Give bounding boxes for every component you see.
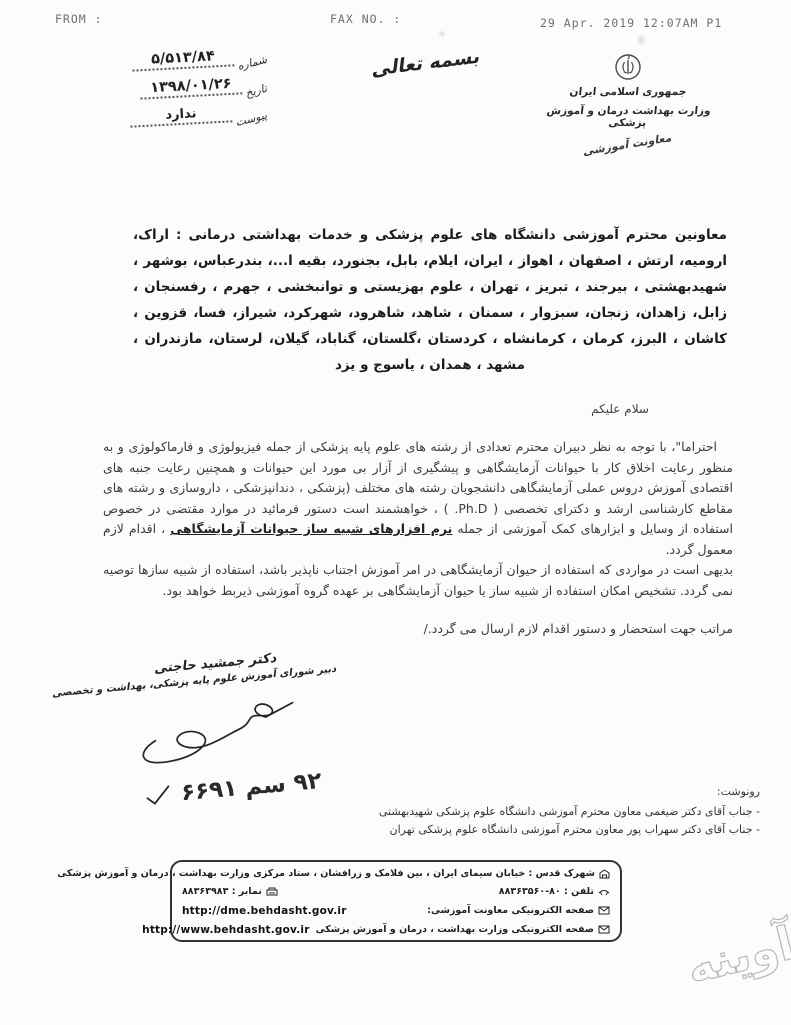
signature-scribble — [123, 679, 319, 773]
body-p1-underlined-phrase: نرم افزارهای شبیه ساز حیوانات آزمایشگاهی — [170, 521, 452, 536]
footer-ministry-page-row: صفحه الکترونیکی وزارت بهداشت ، درمان و آ… — [182, 924, 610, 936]
fax-number-label: FAX NO. : — [330, 12, 401, 26]
fax-document-page: FROM : FAX NO. : 29 Apr. 2019 12:07AM P1… — [0, 0, 791, 1025]
footer-ministry-page-label-cell: صفحه الکترونیکی وزارت بهداشت ، درمان و آ… — [316, 924, 610, 935]
closing-line: مراتب جهت استحضار و دستور اقدام لازم ارس… — [103, 621, 733, 636]
envelope-icon — [598, 906, 610, 915]
reference-number-row: شماره ۵/۵۱۳/۸۴ — [78, 50, 268, 69]
checkmark-icon — [144, 784, 172, 806]
reference-block: شماره ۵/۵۱۳/۸۴ تاریخ ۱۳۹۸/۰۱/۲۶ پیوست ند… — [78, 50, 268, 134]
iran-emblem-icon — [614, 52, 642, 82]
envelope-icon — [598, 925, 610, 934]
number-value: ۵/۵۱۳/۸۴ — [132, 47, 235, 71]
attachment-label: پیوست — [236, 102, 267, 129]
scan-smudge — [438, 30, 446, 38]
cc-item: - جناب آقای دکتر سهراب پور معاون محترم آ… — [300, 821, 760, 839]
watermark-logo: آوینه — [681, 916, 791, 995]
letter-body: احتراما"، با توجه به نظر دبیران محترم تع… — [103, 437, 733, 612]
reference-date-row: تاریخ ۱۳۹۸/۰۱/۲۶ — [78, 78, 268, 97]
country-title: جمهوری اسلامی ایران — [542, 86, 713, 98]
cc-item: - جناب آقای دکتر ضیغمی معاون محترم آموزش… — [300, 803, 760, 821]
phone-icon — [598, 887, 610, 897]
footer-contact-box: شهرک قدس : خیابان سیمای ایران ، بین فلام… — [170, 860, 622, 942]
body-paragraph-1: احتراما"، با توجه به نظر دبیران محترم تع… — [103, 437, 733, 560]
footer-fax-text: نمابر : ۸۸۳۶۳۹۸۳ — [182, 886, 262, 897]
letterhead: جمهوری اسلامی ایران وزارت بهداشت درمان و… — [543, 52, 713, 151]
attachment-value: ندارد — [130, 104, 233, 127]
date-label: تاریخ — [246, 75, 267, 100]
cc-block: رونوشت: - جناب آقای دکتر ضیغمی معاون محت… — [300, 783, 760, 839]
scan-smudge — [636, 34, 646, 46]
number-label: شماره — [238, 46, 267, 73]
ministry-title: وزارت بهداشت درمان و آموزش پزشکی — [542, 105, 715, 129]
fax-timestamp: 29 Apr. 2019 12:07AM P1 — [540, 16, 722, 30]
footer-address-text: شهرک قدس : خیابان سیمای ایران ، بین فلام… — [57, 868, 595, 879]
date-value: ۱۳۹۸/۰۱/۲۶ — [140, 75, 243, 99]
footer-phone-fax-row: تلفن : ۸۰-۸۸۳۶۳۵۶۰ نمابر : ۸۸۳۶۳۹۸۳ — [182, 886, 610, 897]
recipients-paragraph: معاونین محترم آموزشی دانشگاه های علوم پز… — [133, 222, 727, 362]
reference-attachment-row: پیوست ندارد — [78, 106, 268, 125]
footer-edu-page-label-cell: صفحه الکترونیکی معاونت آموزشی: — [427, 905, 610, 916]
cc-label: رونوشت: — [300, 783, 760, 801]
body-paragraph-2: بدیهی است در مواردی که استفاده از حیوان … — [103, 560, 733, 601]
footer-phone-text: تلفن : ۸۰-۸۸۳۶۳۵۶۰ — [499, 886, 594, 897]
building-icon — [599, 869, 610, 879]
handwritten-registry-note: ۹۲ سم ۶۶۹۱ — [91, 768, 322, 814]
footer-edu-page-url: http://dme.behdasht.gov.ir — [182, 905, 347, 917]
footer-edu-page-label: صفحه الکترونیکی معاونت آموزشی: — [427, 905, 594, 916]
besmeh-calligraphy: بسمه تعالی — [371, 45, 482, 81]
signature-block: دکتر جمشید حاجتی دبیر شورای آموزش علوم پ… — [96, 646, 345, 776]
footer-phone-cell: تلفن : ۸۰-۸۸۳۶۳۵۶۰ — [499, 886, 610, 897]
greeting: سلام علیکم — [560, 402, 680, 416]
footer-fax-cell: نمابر : ۸۸۳۶۳۹۸۳ — [182, 886, 278, 897]
fax-printer-icon — [266, 887, 278, 897]
footer-ministry-page-url: http://www.behdasht.gov.ir — [142, 924, 309, 936]
footer-address-row: شهرک قدس : خیابان سیمای ایران ، بین فلام… — [182, 868, 610, 879]
deputy-title: معاونت آموزشی — [543, 124, 713, 164]
footer-address-cell: شهرک قدس : خیابان سیمای ایران ، بین فلام… — [57, 868, 610, 879]
footer-ministry-page-label: صفحه الکترونیکی وزارت بهداشت ، درمان و آ… — [316, 924, 594, 935]
footer-edu-page-row: صفحه الکترونیکی معاونت آموزشی: http://dm… — [182, 905, 610, 917]
fax-from-label: FROM : — [55, 12, 103, 26]
